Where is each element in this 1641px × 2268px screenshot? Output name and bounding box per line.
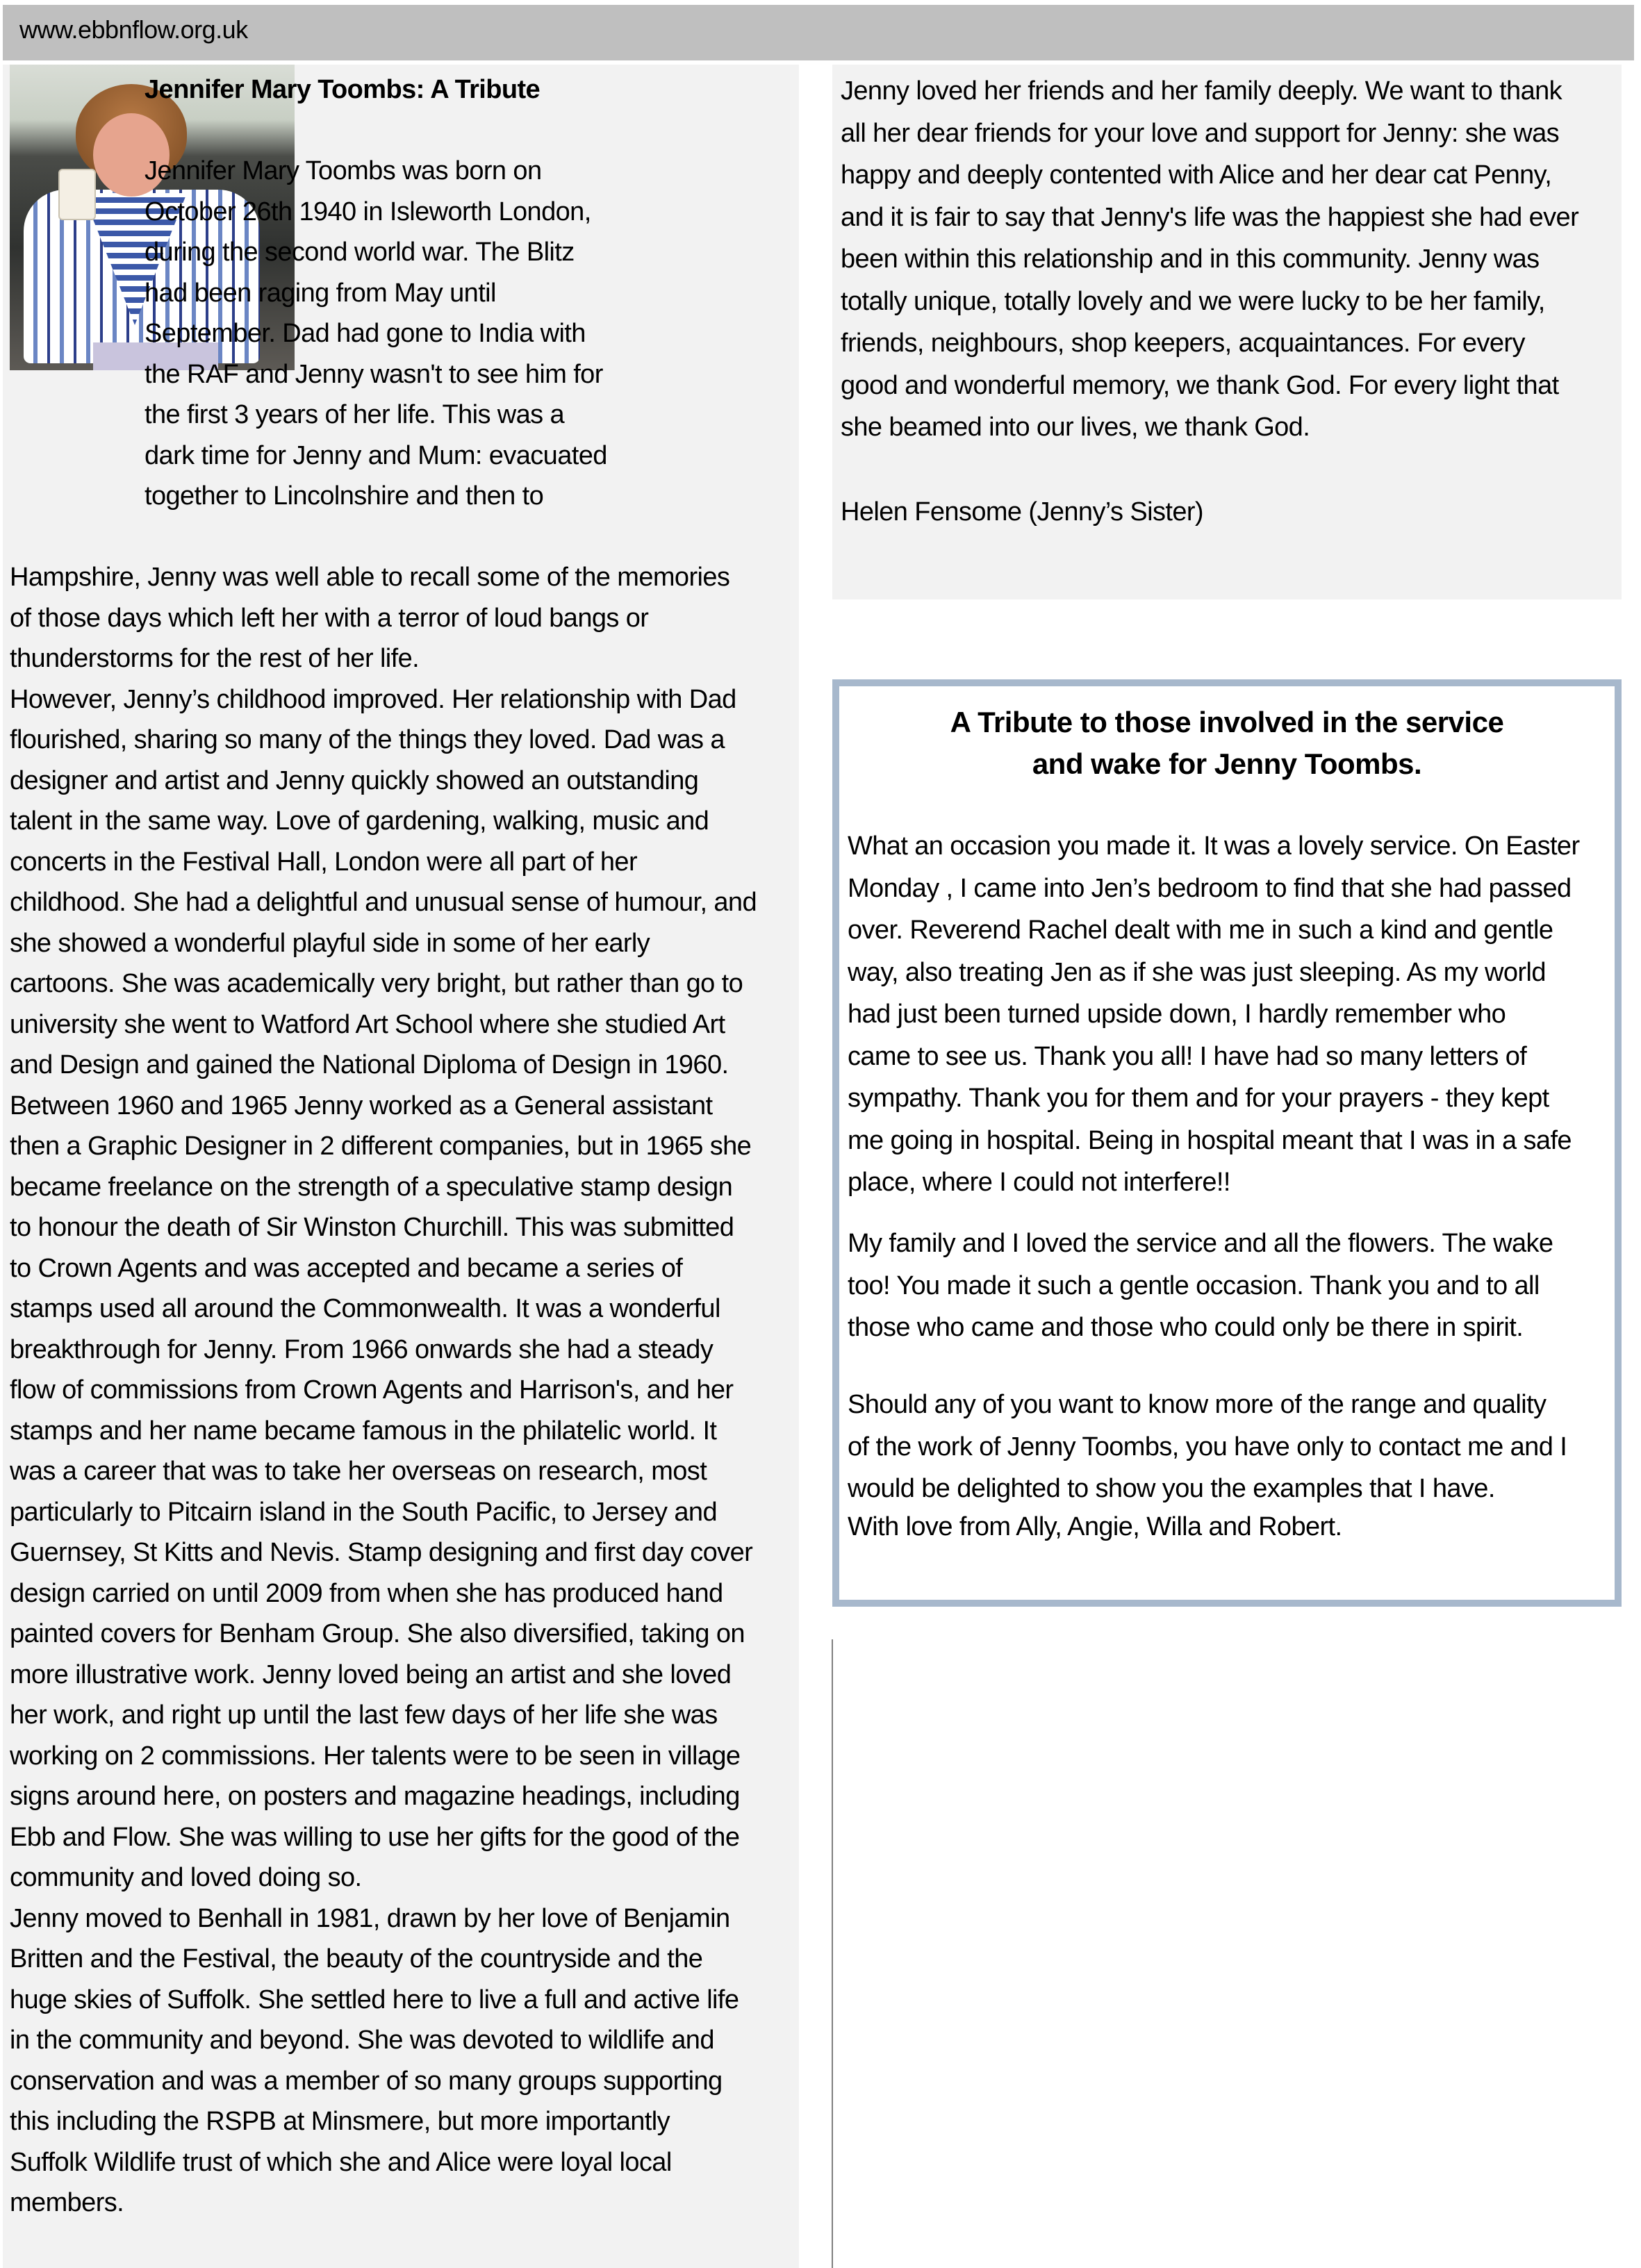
text-line: all her dear friends for your love and s… — [841, 113, 1578, 155]
tribute-paragraph-2: My family and I loved the service and al… — [848, 1223, 1553, 1349]
text-line: those who came and those who could only … — [848, 1307, 1553, 1349]
text-line: then a Graphic Designer in 2 different c… — [10, 1126, 795, 1167]
text-line: huge skies of Suffolk. She settled here … — [10, 1980, 795, 2021]
text-line: way, also treating Jen as if she was jus… — [848, 952, 1580, 994]
text-line: sympathy. Thank you for them and for you… — [848, 1077, 1580, 1120]
text-line: Suffolk Wildlife trust of which she and … — [10, 2142, 795, 2183]
text-line: became freelance on the strength of a sp… — [10, 1167, 795, 1208]
text-line: Should any of you want to know more of t… — [848, 1384, 1567, 1426]
text-line: over. Reverend Rachel dealt with me in s… — [848, 909, 1580, 952]
text-line: happy and deeply contented with Alice an… — [841, 154, 1578, 197]
text-line: the RAF and Jenny wasn't to see him for — [145, 354, 791, 395]
text-line: designer and artist and Jenny quickly sh… — [10, 761, 795, 802]
text-line: However, Jenny’s childhood improved. Her… — [10, 679, 795, 720]
family-message-signature: Helen Fensome (Jenny’s Sister) — [841, 491, 1203, 533]
text-line: Hampshire, Jenny was well able to recall… — [10, 557, 795, 598]
text-line: working on 2 commissions. Her talents we… — [10, 1736, 795, 1777]
article-title: Jennifer Mary Toombs: A Tribute — [145, 69, 540, 110]
tribute-signoff: With love from Ally, Angie, Willa and Ro… — [848, 1506, 1342, 1548]
site-url: www.ebbnflow.org.uk — [19, 15, 248, 45]
text-line: she showed a wonderful playful side in s… — [10, 923, 795, 964]
text-line: totally unique, totally lovely and we we… — [841, 281, 1578, 323]
text-line: of the work of Jenny Toombs, you have on… — [848, 1426, 1567, 1468]
text-line: to Crown Agents and was accepted and bec… — [10, 1248, 795, 1289]
text-line: place, where I could not interfere!! — [848, 1161, 1580, 1204]
text-line: together to Lincolnshire and then to — [145, 476, 791, 517]
text-line: good and wonderful memory, we thank God.… — [841, 365, 1578, 407]
article-body: Hampshire, Jenny was well able to recall… — [10, 557, 795, 2224]
text-line: been within this relationship and in thi… — [841, 238, 1578, 281]
text-line: My family and I loved the service and al… — [848, 1223, 1553, 1265]
text-line: Jennifer Mary Toombs was born on — [145, 151, 791, 192]
text-line: dark time for Jenny and Mum: evacuated — [145, 436, 791, 477]
text-line: was a career that was to take her overse… — [10, 1451, 795, 1492]
text-line: me going in hospital. Being in hospital … — [848, 1120, 1580, 1162]
text-line: would be delighted to show you the examp… — [848, 1468, 1567, 1510]
text-line: more illustrative work. Jenny loved bein… — [10, 1655, 795, 1696]
text-line: talent in the same way. Love of gardenin… — [10, 801, 795, 842]
text-line: university she went to Watford Art Schoo… — [10, 1004, 795, 1045]
text-line: conservation and was a member of so many… — [10, 2061, 795, 2102]
text-line: came to see us. Thank you all! I have ha… — [848, 1036, 1580, 1078]
text-line: had been raging from May until — [145, 273, 791, 314]
text-line: painted covers for Benham Group. She als… — [10, 1614, 795, 1655]
text-line: she beamed into our lives, we thank God. — [841, 406, 1578, 449]
article-intro-wrapped: Jennifer Mary Toombs was born on October… — [145, 151, 791, 517]
tribute-paragraph-3: Should any of you want to know more of t… — [848, 1384, 1567, 1510]
column-divider-line — [832, 1639, 833, 2268]
text-line: and Design and gained the National Diplo… — [10, 1045, 795, 1086]
text-line: her work, and right up until the last fe… — [10, 1695, 795, 1736]
text-line: friends, neighbours, shop keepers, acqua… — [841, 322, 1578, 365]
service-tribute-box: A Tribute to those involved in the servi… — [832, 679, 1622, 1607]
text-line: stamps used all around the Commonwealth.… — [10, 1289, 795, 1330]
text-line: With love from Ally, Angie, Willa and Ro… — [848, 1506, 1342, 1548]
text-line: this including the RSPB at Minsmere, but… — [10, 2101, 795, 2142]
text-line: and it is fair to say that Jenny's life … — [841, 197, 1578, 239]
family-message-body: Jenny loved her friends and her family d… — [841, 70, 1578, 449]
text-line: childhood. She had a delightful and unus… — [10, 882, 795, 923]
text-line: Britten and the Festival, the beauty of … — [10, 1939, 795, 1980]
title-line: and wake for Jenny Toombs. — [839, 743, 1615, 785]
service-tribute-title: A Tribute to those involved in the servi… — [839, 702, 1615, 785]
text-line: What an occasion you made it. It was a l… — [848, 825, 1580, 868]
text-line: September. Dad had gone to India with — [145, 313, 791, 354]
family-message-panel: Jenny loved her friends and her family d… — [832, 65, 1622, 599]
text-line: Guernsey, St Kitts and Nevis. Stamp desi… — [10, 1532, 795, 1573]
text-line: members. — [10, 2183, 795, 2224]
text-line: to honour the death of Sir Winston Churc… — [10, 1207, 795, 1248]
text-line: flow of commissions from Crown Agents an… — [10, 1370, 795, 1411]
text-line: concerts in the Festival Hall, London we… — [10, 842, 795, 883]
text-line: the first 3 years of her life. This was … — [145, 395, 791, 436]
photo-mug — [58, 169, 96, 220]
text-line: breakthrough for Jenny. From 1966 onward… — [10, 1330, 795, 1371]
text-line: Ebb and Flow. She was willing to use her… — [10, 1817, 795, 1858]
text-line: design carried on until 2009 from when s… — [10, 1573, 795, 1614]
tribute-paragraph-1: What an occasion you made it. It was a l… — [848, 825, 1580, 1204]
text-line: had just been turned upside down, I hard… — [848, 993, 1580, 1036]
text-line: signs around here, on posters and magazi… — [10, 1776, 795, 1817]
site-header-bar: www.ebbnflow.org.uk — [3, 5, 1634, 60]
text-line: October 26th 1940 in Isleworth London, — [145, 192, 791, 233]
text-line: too! You made it such a gentle occasion.… — [848, 1265, 1553, 1307]
text-line: cartoons. She was academically very brig… — [10, 963, 795, 1004]
text-line: Jenny moved to Benhall in 1981, drawn by… — [10, 1898, 795, 1939]
text-line: particularly to Pitcairn island in the S… — [10, 1492, 795, 1533]
text-line: Jenny loved her friends and her family d… — [841, 70, 1578, 113]
text-line: community and loved doing so. — [10, 1857, 795, 1898]
text-line: of those days which left her with a terr… — [10, 598, 795, 639]
text-line: Monday , I came into Jen’s bedroom to fi… — [848, 868, 1580, 910]
tribute-article: Jennifer Mary Toombs: A Tribute Jennifer… — [3, 65, 799, 2268]
text-line: thunderstorms for the rest of her life. — [10, 638, 795, 679]
text-line: in the community and beyond. She was dev… — [10, 2020, 795, 2061]
title-line: A Tribute to those involved in the servi… — [839, 702, 1615, 743]
text-line: stamps and her name became famous in the… — [10, 1411, 795, 1452]
text-line: flourished, sharing so many of the thing… — [10, 720, 795, 761]
text-line: during the second world war. The Blitz — [145, 232, 791, 273]
text-line: Between 1960 and 1965 Jenny worked as a … — [10, 1086, 795, 1127]
